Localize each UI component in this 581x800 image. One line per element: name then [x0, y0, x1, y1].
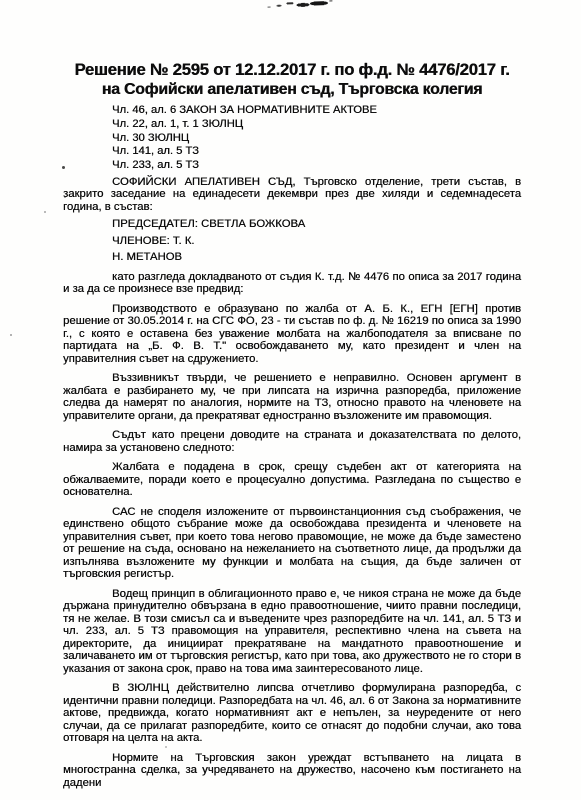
panel-members: ЧЛЕНОВЕ: Т. К.	[112, 235, 521, 248]
panel-chair: ПРЕДСЕДАТЕЛ: СВЕТЛА БОЖКОВА	[112, 218, 521, 231]
decision-heading: Решение № 2595 от 12.12.2017 г. по ф.д. …	[63, 60, 521, 100]
body-paragraph-3: Въззивникът твърди, че решението е непра…	[63, 372, 521, 422]
cited-provision: Чл. 22, ал. 1, т. 1 ЗЮЛНЦ	[112, 118, 521, 132]
body-paragraph-5: Жалбата е подадена в срок, срещу съдебен…	[63, 461, 521, 499]
body-paragraph-2: Производството е образувано по жалба от …	[63, 303, 521, 366]
decision-title-line2: на Софийски апелативен съд, Търговска ко…	[63, 80, 521, 100]
body-paragraph-7: Водещ принцип в облигационното право е, …	[63, 588, 521, 676]
court-intro-paragraph: СОФИЙСКИ АПЕЛАТИВЕН СЪД, Търговско отдел…	[63, 176, 521, 214]
body-paragraph-8: В ЗЮЛНЦ действително липсва отчетливо фо…	[63, 682, 521, 745]
scan-speck	[44, 211, 46, 213]
body-paragraph-1: като разгледа докладваното от съдия К. т…	[63, 271, 521, 296]
court-decision-document: Решение № 2595 от 12.12.2017 г. по ф.д. …	[63, 60, 521, 789]
scan-speck	[10, 334, 12, 336]
scanned-page: Решение № 2595 от 12.12.2017 г. по ф.д. …	[0, 0, 581, 800]
cited-provisions-list: Чл. 46, ал. 6 ЗАКОН ЗА НОРМАТИВНИТЕ АКТО…	[112, 104, 521, 173]
cited-provision: Чл. 46, ал. 6 ЗАКОН ЗА НОРМАТИВНИТЕ АКТО…	[112, 104, 521, 118]
body-paragraph-9: Нормите на Търговския закон уреждат встъ…	[63, 752, 521, 790]
body-paragraph-6: САС не споделя изложените от първоинстан…	[63, 506, 521, 581]
scan-artifact-smudge	[263, 0, 337, 11]
cited-provision: Чл. 141, ал. 5 ТЗ	[112, 145, 521, 159]
cited-provision: Чл. 233, ал. 5 ТЗ	[112, 159, 521, 173]
panel-member-2: Н. МЕТАНОВ	[112, 251, 521, 264]
court-panel: ПРЕДСЕДАТЕЛ: СВЕТЛА БОЖКОВА ЧЛЕНОВЕ: Т. …	[112, 218, 521, 264]
decision-title-line1: Решение № 2595 от 12.12.2017 г. по ф.д. …	[63, 60, 521, 80]
body-paragraph-4: Съдът като прецени доводите на страната …	[63, 429, 521, 454]
cited-provision: Чл. 30 ЗЮЛНЦ	[112, 132, 521, 146]
